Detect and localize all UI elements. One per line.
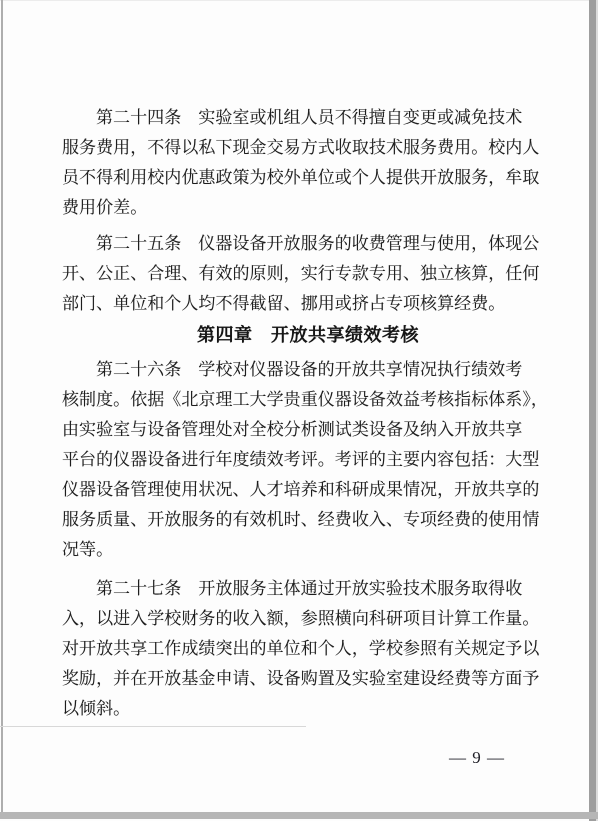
scanned-document-page: 第二十四条 实验室或机组人员不得擅自变更或减免技术 服务费用，不得以私下现金交易… (0, 0, 598, 821)
text-line: 费用价差。 (62, 193, 542, 223)
clause-26-paragraph: 第二十六条 学校对仪器设备的开放共享情况执行绩效考 核制度。依据《北京理工大学贵… (62, 355, 542, 565)
text-line: 部门、单位和个人均不得截留、挪用或挤占专项核算经费。 (62, 289, 542, 319)
clause-24-paragraph: 第二十四条 实验室或机组人员不得擅自变更或减免技术 服务费用，不得以私下现金交易… (62, 103, 542, 223)
text-line: 况等。 (62, 535, 542, 565)
text-line: 第二十七条 开放服务主体通过开放实验技术服务取得收 (62, 574, 542, 604)
scan-edge-bottom (0, 812, 598, 819)
text-line: 奖励，并在开放基金申请、设备购置及实验室建设经费等方面予 (62, 664, 542, 694)
text-line: 第二十四条 实验室或机组人员不得擅自变更或减免技术 (62, 103, 542, 133)
text-line: 入，以进入学校财务的收入额，参照横向科研项目计算工作量。 (62, 604, 542, 634)
chapter-4-heading: 第四章 开放共享绩效考核 (62, 322, 542, 348)
text-line: 第二十六条 学校对仪器设备的开放共享情况执行绩效考 (62, 355, 542, 385)
text-line: 服务费用，不得以私下现金交易方式收取技术服务费用。校内人 (62, 133, 542, 163)
scan-edge-right (589, 0, 596, 821)
clause-25-paragraph: 第二十五条 仪器设备开放服务的收费管理与使用，体现公 开、公正、合理、有效的原则… (62, 229, 542, 319)
text-line: 对开放共享工作成绩突出的单位和个人，学校参照有关规定予以 (62, 634, 542, 664)
text-line: 平台的仪器设备进行年度绩效考评。考评的主要内容包括：大型 (62, 445, 542, 475)
text-line: 仪器设备管理使用状况、人才培养和科研成果情况，开放共享的 (62, 475, 542, 505)
text-line: 员不得利用校内优惠政策为校外单位或个人提供开放服务，牟取 (62, 163, 542, 193)
text-line: 由实验室与设备管理处对全校分析测试类设备及纳入开放共享 (62, 415, 542, 445)
scan-artifact-line (0, 726, 306, 727)
text-line: 第二十五条 仪器设备开放服务的收费管理与使用，体现公 (62, 229, 542, 259)
text-line: 服务质量、开放服务的有效机时、经费收入、专项经费的使用情 (62, 505, 542, 535)
page-number: — 9 — (449, 748, 505, 768)
clause-27-paragraph: 第二十七条 开放服务主体通过开放实验技术服务取得收 入，以进入学校财务的收入额，… (62, 574, 542, 724)
scan-edge-top (0, 0, 598, 1)
text-line: 以倾斜。 (62, 694, 542, 724)
text-line: 核制度。依据《北京理工大学贵重仪器设备效益考核指标体系》， (62, 385, 542, 415)
text-line: 开、公正、合理、有效的原则，实行专款专用、独立核算，任何 (62, 259, 542, 289)
scan-edge-left (1, 0, 3, 819)
